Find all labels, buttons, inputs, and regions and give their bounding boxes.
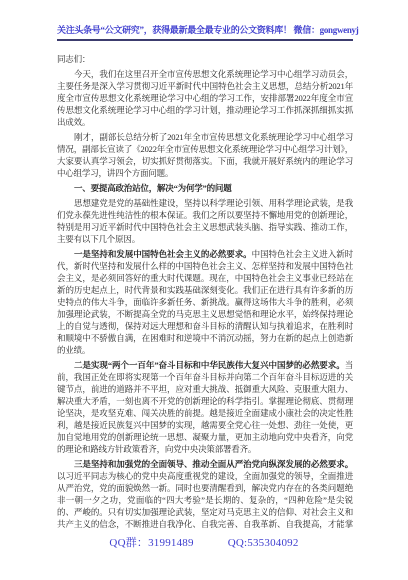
section-1-point-2: 二是实现“两个一百年”奋斗目标和中华民族伟大复兴中国梦的必然要求。当前，我国正处… xyxy=(57,359,353,455)
point-1-text: 中国特色社会主义进入新时代，新时代坚持和发展什么样的中国特色社会主义、怎样坚持和… xyxy=(57,249,353,355)
section-1-heading: 一、要提高政治站位，解决“为何学”的问题 xyxy=(57,182,353,194)
paragraph-agenda: 刚才，副部长总结分析了2021年全市宣传思想文化系统理论学习中心组学习情况，副部… xyxy=(57,131,353,179)
qq-text: QQ:535304092 xyxy=(228,537,299,549)
point-3-text: 以习近平同志为核心的党中央高度重视党的建设，全面加强党的领导，全面推进从严治党，… xyxy=(57,471,353,531)
paragraph-opening: 今天，我们在这里召开全市宣传思想文化系统理论学习中心组学习动员会，主要任务是深入… xyxy=(57,68,353,128)
section-1-point-1: 一是坚持和发展中国特色社会主义的必然要求。中国特色社会主义进入新时代，新时代坚持… xyxy=(57,248,353,356)
point-1-lead: 一是坚持和发展中国特色社会主义的必然要求。 xyxy=(74,249,252,259)
qq-group-text: QQ群：31991489 xyxy=(109,537,193,549)
document-footer: QQ群：31991489QQ:535304092 xyxy=(0,534,408,550)
point-3-lead: 三是坚持和加强党的全面领导、推动全面从严治党向纵深发展的必然要求。 xyxy=(74,459,353,469)
point-2-text: 当前，我国正处在即将实现第一个百年奋斗目标并向第二个百年奋斗目标迈进的关键节点，… xyxy=(57,360,353,454)
section-1-intro: 思想建党是党的基础性建设，坚持以科学理论引领、用科学理论武装，是我们党永葆先进性… xyxy=(57,197,353,245)
document-body: 同志们： 今天，我们在这里召开全市宣传思想文化系统理论学习中心组学习动员会，主要… xyxy=(57,53,353,531)
point-2-lead: 二是实现“两个一百年”奋斗目标和中华民族伟大复兴中国梦的必然要求。 xyxy=(74,360,345,370)
section-1-point-3: 三是坚持和加强党的全面领导、推动全面从严治党向纵深发展的必然要求。以习近平同志为… xyxy=(57,458,353,531)
document-header: 关注头条号“公文研究”，获得最新最全最专业的公文资料库！ 微信：gongweny… xyxy=(57,25,353,41)
header-banner-text: 关注头条号“公文研究”，获得最新最全最专业的公文资料库！ 微信：gongweny… xyxy=(57,25,358,35)
document-page: 关注头条号“公文研究”，获得最新最全最专业的公文资料库！ 微信：gongweny… xyxy=(0,0,408,580)
salutation: 同志们： xyxy=(57,53,353,65)
